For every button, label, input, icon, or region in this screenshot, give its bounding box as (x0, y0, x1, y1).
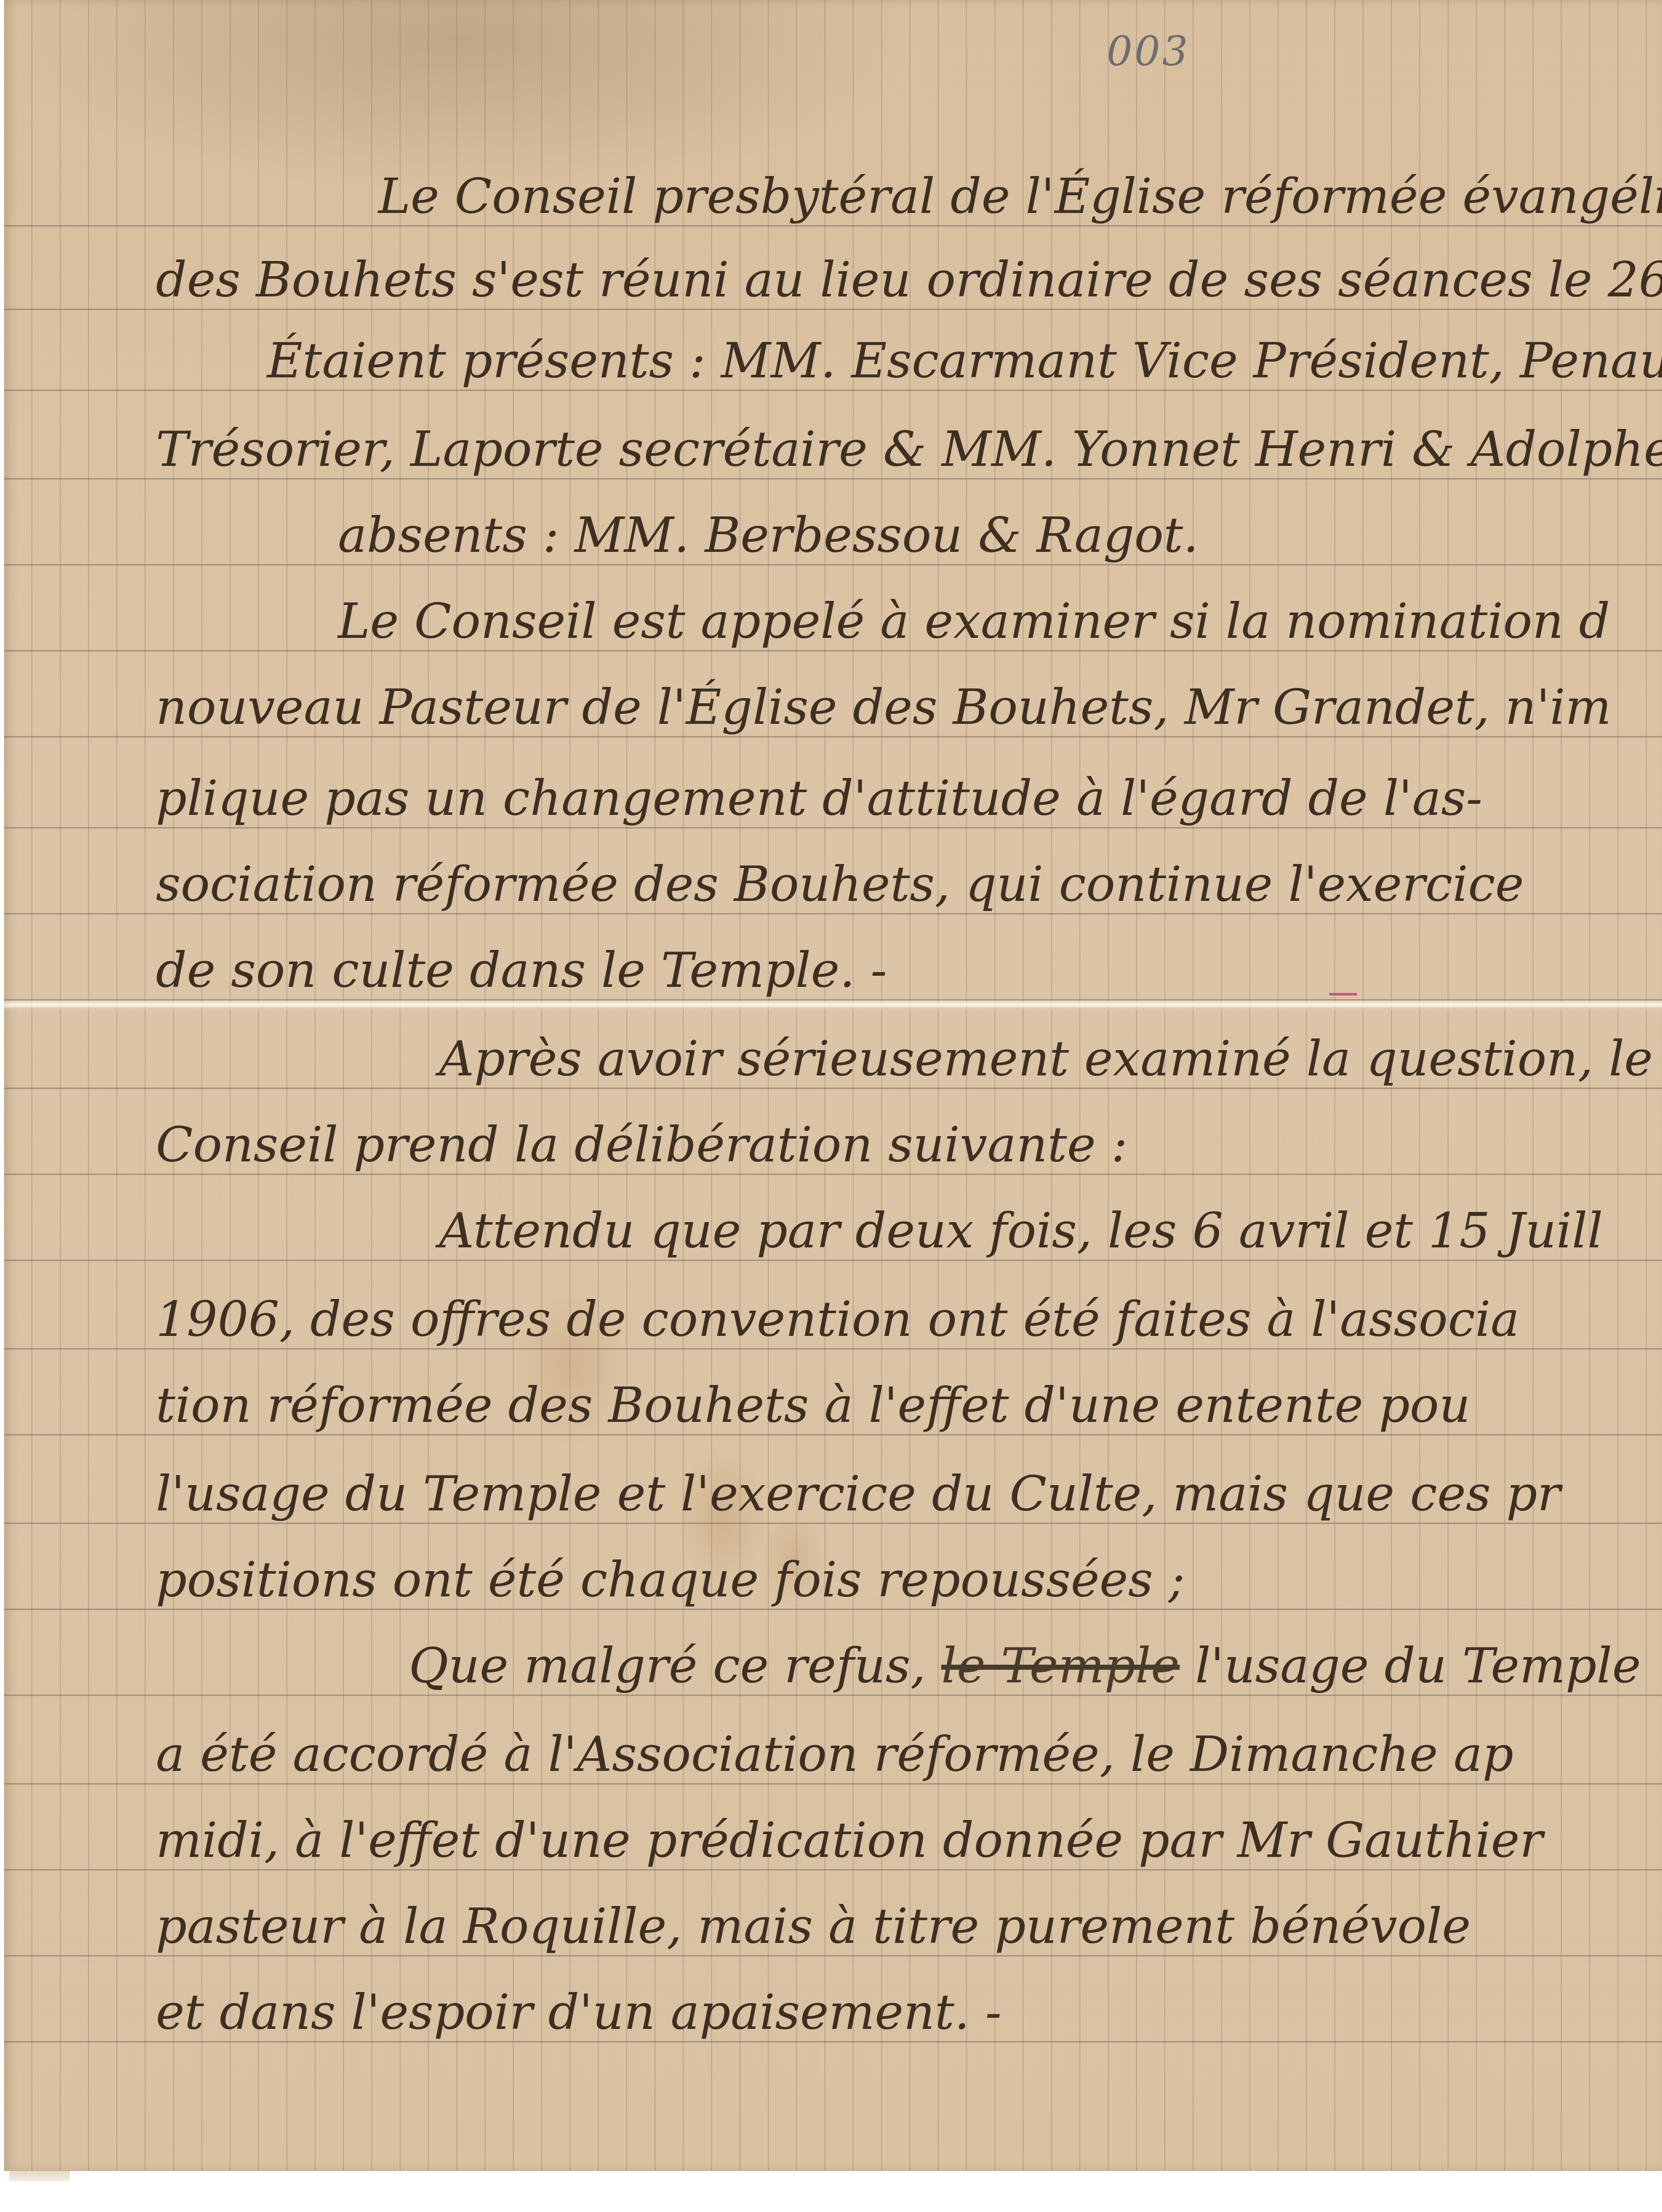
text-line-13: Attendu que par deux fois, les 6 avril e… (439, 1206, 1603, 1255)
ruled-line (4, 1783, 1662, 1785)
text-line-14: 1906, des offres de convention ont été f… (156, 1295, 1519, 1343)
struck-out-word: le Temple (941, 1637, 1179, 1694)
ruled-line (4, 913, 1662, 915)
ruled-line (4, 309, 1662, 310)
ruled-line (4, 225, 1662, 227)
text-line-2: des Bouhets s'est réuni au lieu ordinair… (156, 255, 1662, 304)
ruled-line (4, 736, 1662, 738)
text-line-12: Conseil prend la délibération suivante : (156, 1120, 1127, 1169)
text-line-21: pasteur à la Roquille, mais à titre pure… (156, 1902, 1471, 1950)
text-line-15: tion réformée des Bouhets à l'effet d'un… (156, 1381, 1470, 1429)
text-line-19: a été accordé à l'Association réformée, … (156, 1730, 1513, 1779)
ruled-line (4, 389, 1662, 391)
ruled-line (4, 2041, 1662, 2043)
text-line-1: Le Conseil presbytéral de l'Église réfor… (378, 172, 1662, 221)
torn-page-edge (9, 2171, 70, 2181)
ruled-line (4, 478, 1662, 480)
ruled-line (4, 1609, 1662, 1610)
ruled-line (4, 827, 1662, 829)
folio-number: 003 (1107, 28, 1190, 75)
ruled-line (4, 564, 1662, 566)
text-line-8: plique pas un changement d'attitude à l'… (156, 774, 1482, 822)
text-line-22: et dans l'espoir d'un apaisement. - (156, 1988, 1001, 2036)
text-before-strike: Que malgré ce refus, (409, 1637, 941, 1694)
text-after-strike: l'usage du Temple (1179, 1637, 1641, 1694)
text-line-18: Que malgré ce refus, le Temple l'usage d… (409, 1641, 1641, 1690)
paper-fold (4, 1001, 1662, 1010)
ruled-line (4, 1869, 1662, 1871)
text-line-16: l'usage du Temple et l'exercice du Culte… (156, 1469, 1560, 1518)
ruled-line (4, 1955, 1662, 1957)
ruled-line (4, 1260, 1662, 1261)
text-line-7: nouveau Pasteur de l'Église des Bouhets,… (156, 683, 1611, 731)
text-line-3: Étaient présents : MM. Escarmant Vice Pr… (267, 336, 1662, 385)
text-line-4: Trésorier, Laporte secrétaire & MM. Yonn… (156, 425, 1662, 473)
text-line-9: sociation réformée des Bouhets, qui cont… (156, 860, 1524, 908)
ruled-line (4, 1348, 1662, 1350)
text-line-6: Le Conseil est appelé à examiner si la n… (338, 597, 1610, 645)
text-line-5: absents : MM. Berbessou & Ragot. (338, 511, 1199, 559)
ruled-line (4, 1434, 1662, 1436)
pink-ink-mark (1329, 993, 1357, 995)
ruled-line (4, 650, 1662, 652)
ruled-line (4, 1695, 1662, 1696)
ruled-line (4, 1523, 1662, 1524)
text-line-10: de son culte dans le Temple. - (156, 946, 887, 994)
ruled-line (4, 1088, 1662, 1089)
text-line-11: Après avoir sérieusement examiné la ques… (439, 1034, 1653, 1083)
text-line-20: midi, à l'effet d'une prédication donnée… (156, 1816, 1543, 1864)
text-line-17: positions ont été chaque fois repoussées… (156, 1555, 1185, 1604)
ruled-line (4, 1174, 1662, 1175)
manuscript-page: 003 Le Conseil presbytéral de l'Église r… (4, 0, 1662, 2171)
